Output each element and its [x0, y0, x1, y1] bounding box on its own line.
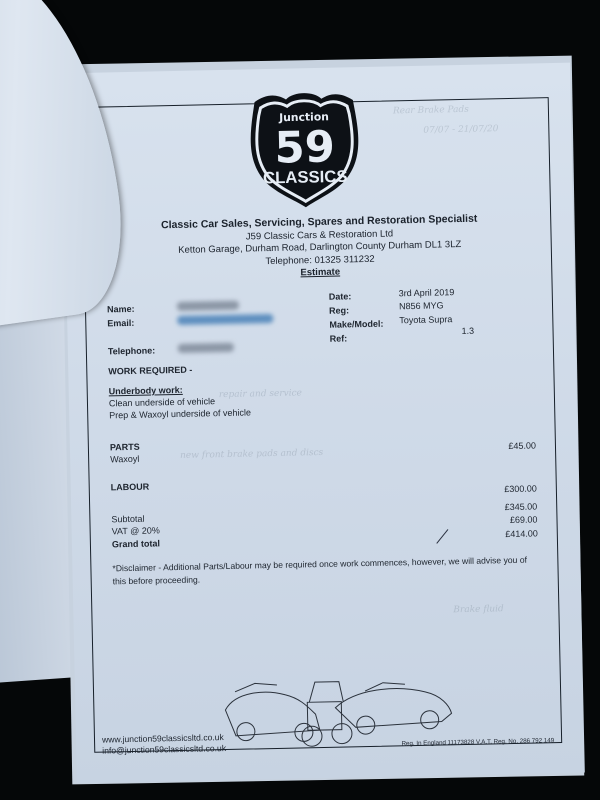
- vat-label: VAT @ 20%: [112, 525, 160, 536]
- svg-text:CLASSICS: CLASSICS: [263, 167, 348, 188]
- name-value-redacted: [177, 301, 239, 311]
- show-through-handwriting: 07/07 - 21/07/20: [423, 124, 498, 136]
- company-logo: Junction 59 CLASSICS: [244, 81, 365, 213]
- labour-amount: £300.00: [504, 483, 537, 494]
- show-through-handwriting: Rear Brake Pads: [393, 105, 469, 117]
- reg-label: Reg:: [329, 305, 349, 315]
- company-header: Classic Car Sales, Servicing, Spares and…: [65, 211, 574, 285]
- show-through-handwriting: Brake fluid: [453, 604, 504, 615]
- svg-text:59: 59: [274, 122, 335, 173]
- email-link[interactable]: info@junction59classicsltd.co.uk: [102, 743, 226, 757]
- parts-item: Waxoyl: [110, 454, 139, 465]
- ref-label: Ref:: [330, 333, 348, 343]
- work-required: WORK REQUIRED - Underbody work: Clean un…: [108, 359, 409, 421]
- footer-contact: www.junction59classicsltd.co.uk info@jun…: [102, 732, 226, 757]
- email-label: Email:: [107, 318, 134, 329]
- telephone-value-redacted: [178, 343, 234, 353]
- name-label: Name:: [107, 304, 135, 315]
- telephone-label: Telephone:: [108, 345, 156, 356]
- make-model-label: Make/Model:: [329, 319, 383, 330]
- make-model-value: Toyota Supra: [399, 314, 452, 325]
- reg-value: N856 MYG: [399, 300, 444, 311]
- estimate-sheet: Rear Brake Pads 07/07 - 21/07/20 repair …: [62, 63, 585, 783]
- email-value-redacted: [177, 314, 273, 325]
- grand-total-label: Grand total: [112, 538, 160, 549]
- ref-value: 1.3: [461, 326, 474, 336]
- classic-cars-illustration: [215, 665, 457, 750]
- customer-vehicle-info: Name: Email: Telephone: Date: 3rd April …: [107, 285, 536, 364]
- date-value: 3rd April 2019: [399, 287, 455, 298]
- date-label: Date:: [329, 291, 352, 301]
